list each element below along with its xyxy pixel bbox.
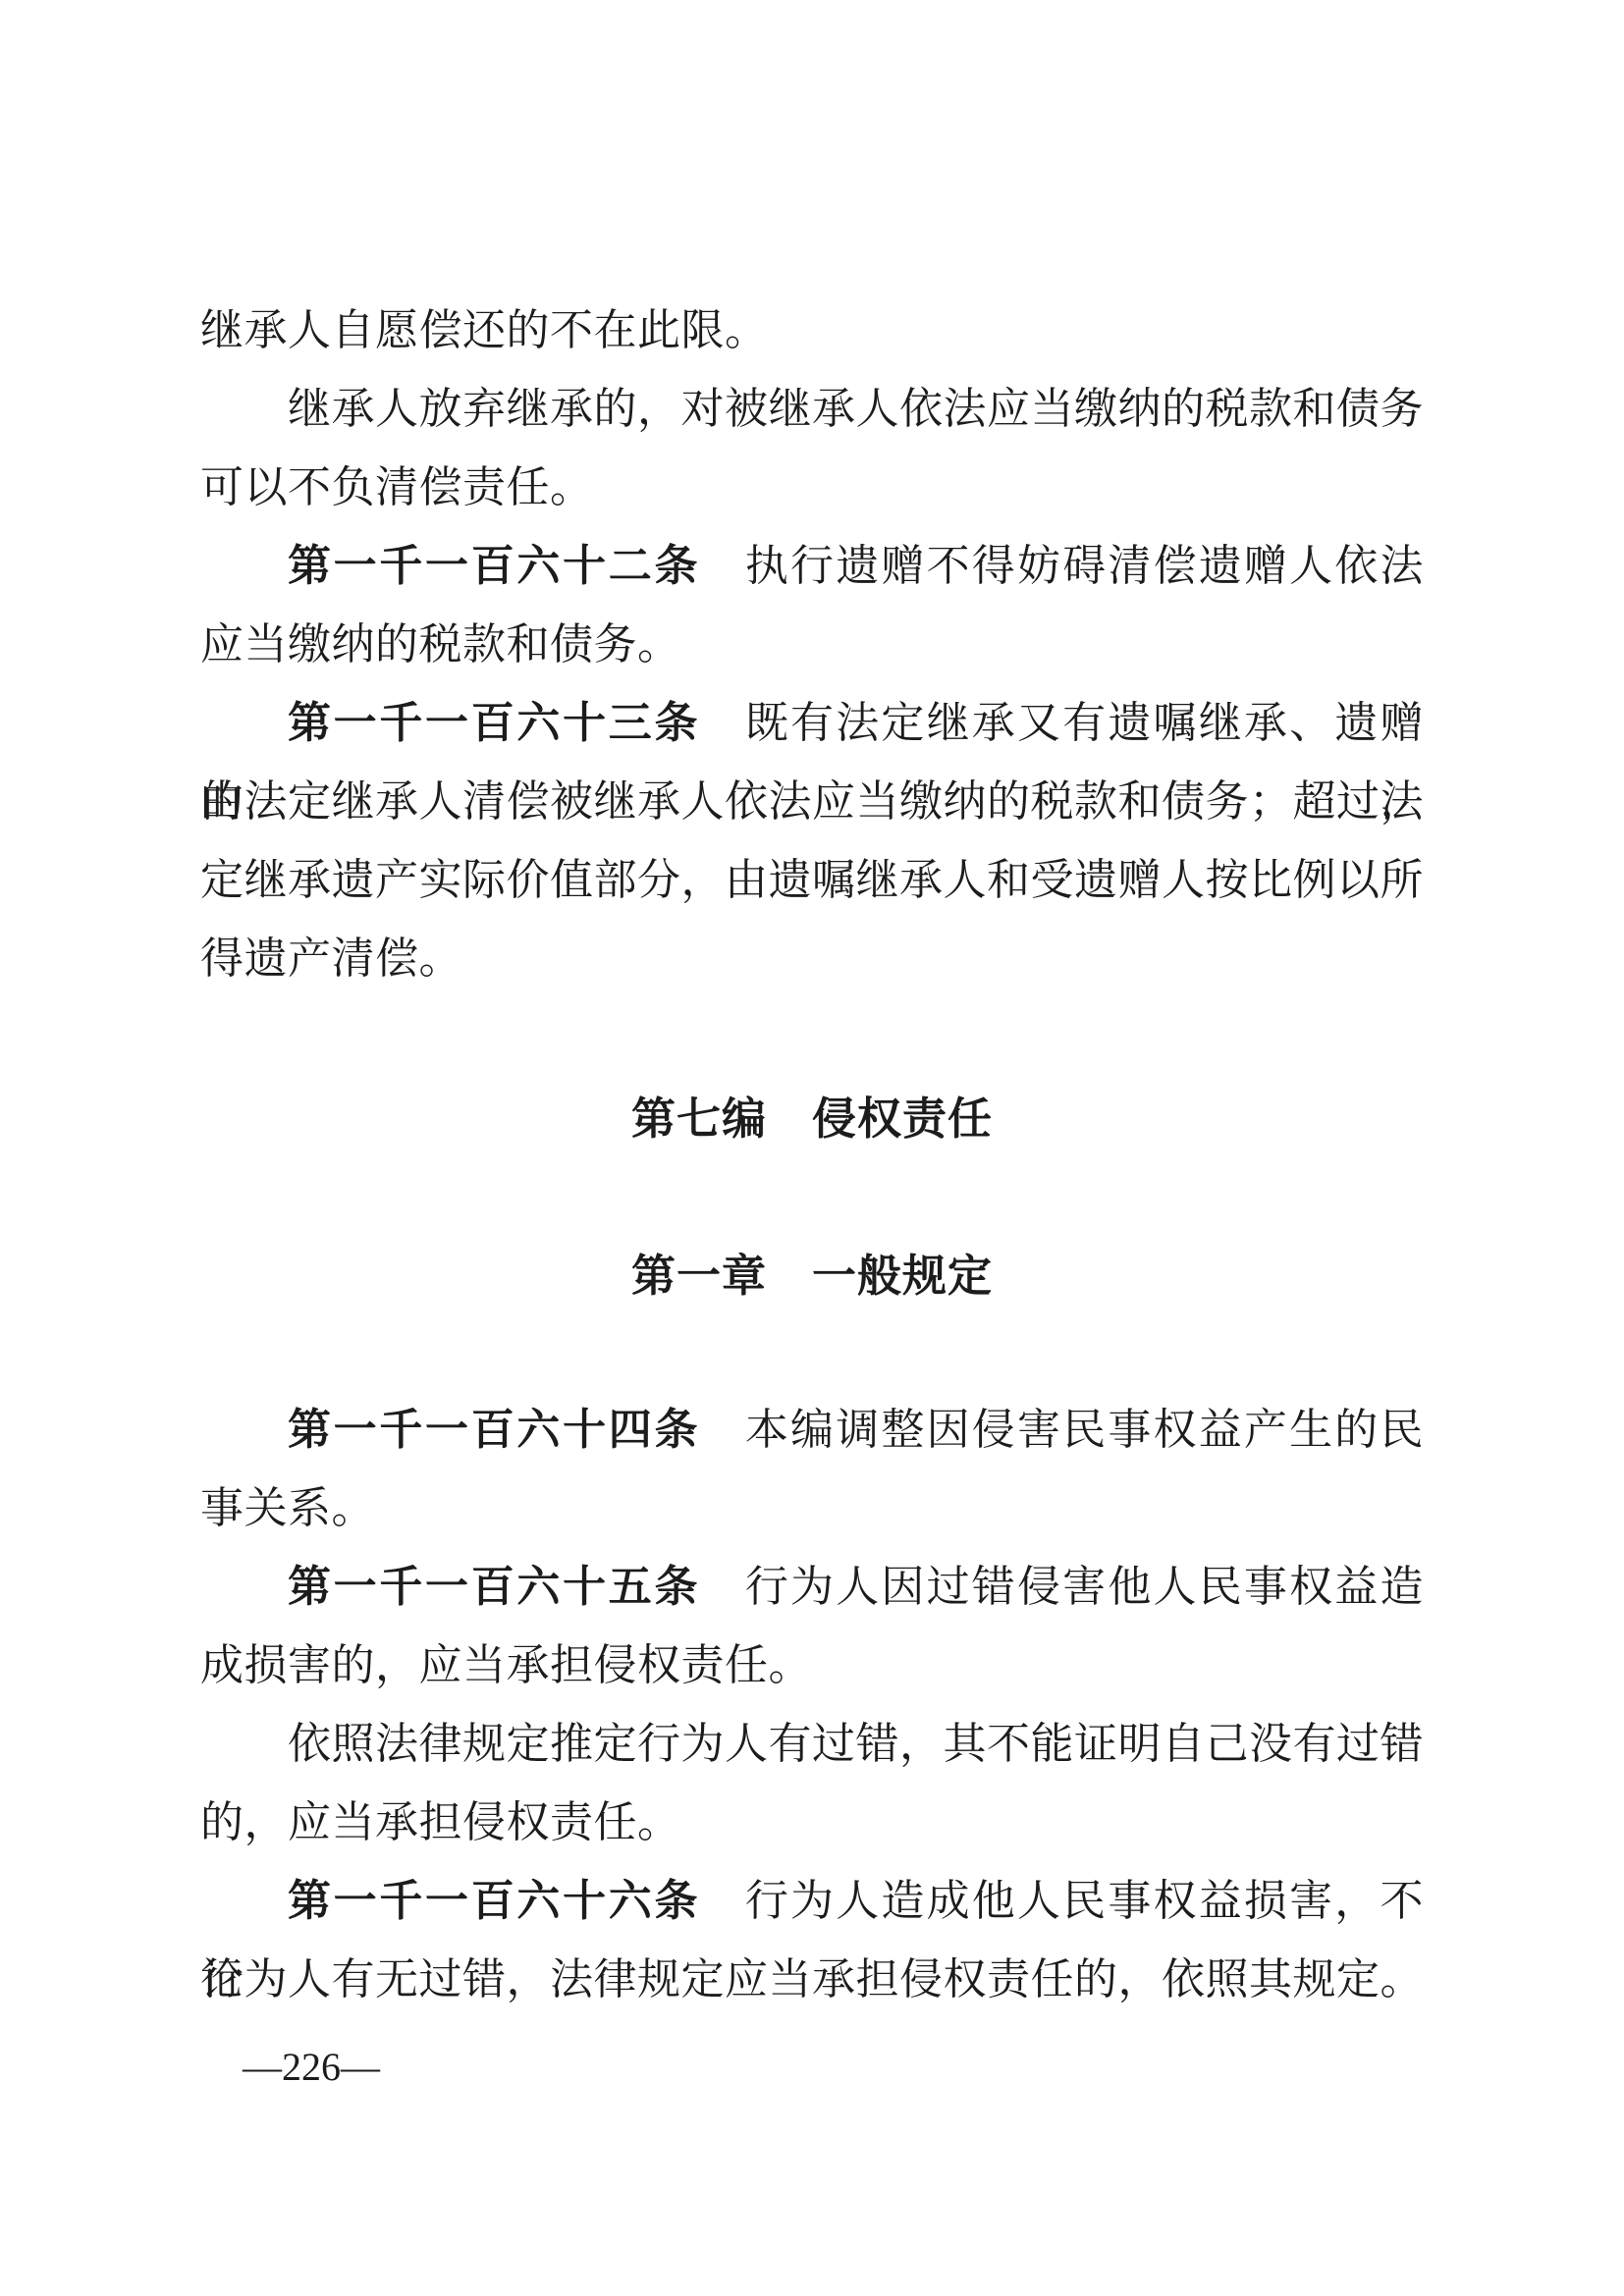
body-text: 执行遗赠不得妨碍清偿遗赠人依法 xyxy=(743,542,1424,590)
body-text: 行为人因过错侵害他人民事权益造 xyxy=(743,1563,1424,1611)
body-line: 定继承遗产实际价值部分，由遗嘱继承人和受遗赠人按比例以所 xyxy=(200,841,1424,920)
body-text: 继承人自愿偿还的不在此限。 xyxy=(200,306,769,354)
part-heading: 第七编 侵权责任 xyxy=(200,1080,1424,1158)
body-line: 继承人自愿偿还的不在此限。 xyxy=(200,292,1424,370)
body-text: 得遗产清偿。 xyxy=(200,934,462,983)
body-line: 由法定继承人清偿被继承人依法应当缴纳的税款和债务；超过法 xyxy=(200,763,1424,841)
article-number-spacer xyxy=(700,1600,743,1601)
article-line: 第一千一百六十六条行为人造成他人民事权益损害，不论 xyxy=(200,1862,1424,1941)
body-text: 由法定继承人清偿被继承人依法应当缴纳的税款和债务；超过法 xyxy=(200,777,1424,826)
article-line: 第一千一百六十四条本编调整因侵害民事权益产生的民 xyxy=(200,1391,1424,1469)
chapter-heading: 第一章 一般规定 xyxy=(200,1237,1424,1315)
body-text: 成损害的，应当承担侵权责任。 xyxy=(200,1641,812,1689)
article-number-spacer xyxy=(700,736,743,737)
body-line: 继承人放弃继承的，对被继承人依法应当缴纳的税款和债务 xyxy=(200,370,1424,449)
body-text: 行为人有无过错，法律规定应当承担侵权责任的，依照其规定。 xyxy=(200,1955,1424,2003)
body-text: 事关系。 xyxy=(200,1484,375,1532)
body-text: 应当缴纳的税款和债务。 xyxy=(200,620,681,668)
body-line: 行为人有无过错，法律规定应当承担侵权责任的，依照其规定。 xyxy=(200,1941,1424,2019)
page-number: —226— xyxy=(243,2044,380,2091)
document-page: 继承人自愿偿还的不在此限。 继承人放弃继承的，对被继承人依法应当缴纳的税款和债务… xyxy=(0,0,1624,2296)
article-number-spacer xyxy=(700,1443,743,1444)
article-number: 第一千一百六十五条 xyxy=(288,1563,700,1611)
body-line: 应当缴纳的税款和债务。 xyxy=(200,606,1424,684)
body-line: 依照法律规定推定行为人有过错，其不能证明自己没有过错 xyxy=(200,1705,1424,1784)
article-line: 第一千一百六十五条行为人因过错侵害他人民事权益造 xyxy=(200,1548,1424,1627)
article-number: 第一千一百六十四条 xyxy=(288,1406,700,1454)
body-line: 可以不负清偿责任。 xyxy=(200,449,1424,527)
document-body: 继承人自愿偿还的不在此限。 继承人放弃继承的，对被继承人依法应当缴纳的税款和债务… xyxy=(200,292,1424,2019)
article-number-spacer xyxy=(700,579,743,580)
article-number: 第一千一百六十三条 xyxy=(288,699,700,747)
body-line: 成损害的，应当承担侵权责任。 xyxy=(200,1627,1424,1705)
article-number-spacer xyxy=(700,1914,743,1915)
body-text: 可以不负清偿责任。 xyxy=(200,463,594,511)
body-line: 事关系。 xyxy=(200,1469,1424,1548)
body-text: 本编调整因侵害民事权益产生的民 xyxy=(743,1406,1424,1454)
article-number: 第一千一百六十二条 xyxy=(288,542,700,590)
body-line: 得遗产清偿。 xyxy=(200,920,1424,998)
body-text: 继承人放弃继承的，对被继承人依法应当缴纳的税款和债务 xyxy=(288,385,1424,433)
body-text: 依照法律规定推定行为人有过错，其不能证明自己没有过错 xyxy=(288,1720,1424,1768)
article-line: 第一千一百六十三条既有法定继承又有遗嘱继承、遗赠的， xyxy=(200,684,1424,763)
body-text: 的，应当承担侵权责任。 xyxy=(200,1798,681,1846)
article-line: 第一千一百六十二条执行遗赠不得妨碍清偿遗赠人依法 xyxy=(200,527,1424,606)
body-line: 的，应当承担侵权责任。 xyxy=(200,1784,1424,1862)
body-text: 定继承遗产实际价值部分，由遗嘱继承人和受遗赠人按比例以所 xyxy=(200,856,1424,904)
article-number: 第一千一百六十六条 xyxy=(288,1877,700,1925)
